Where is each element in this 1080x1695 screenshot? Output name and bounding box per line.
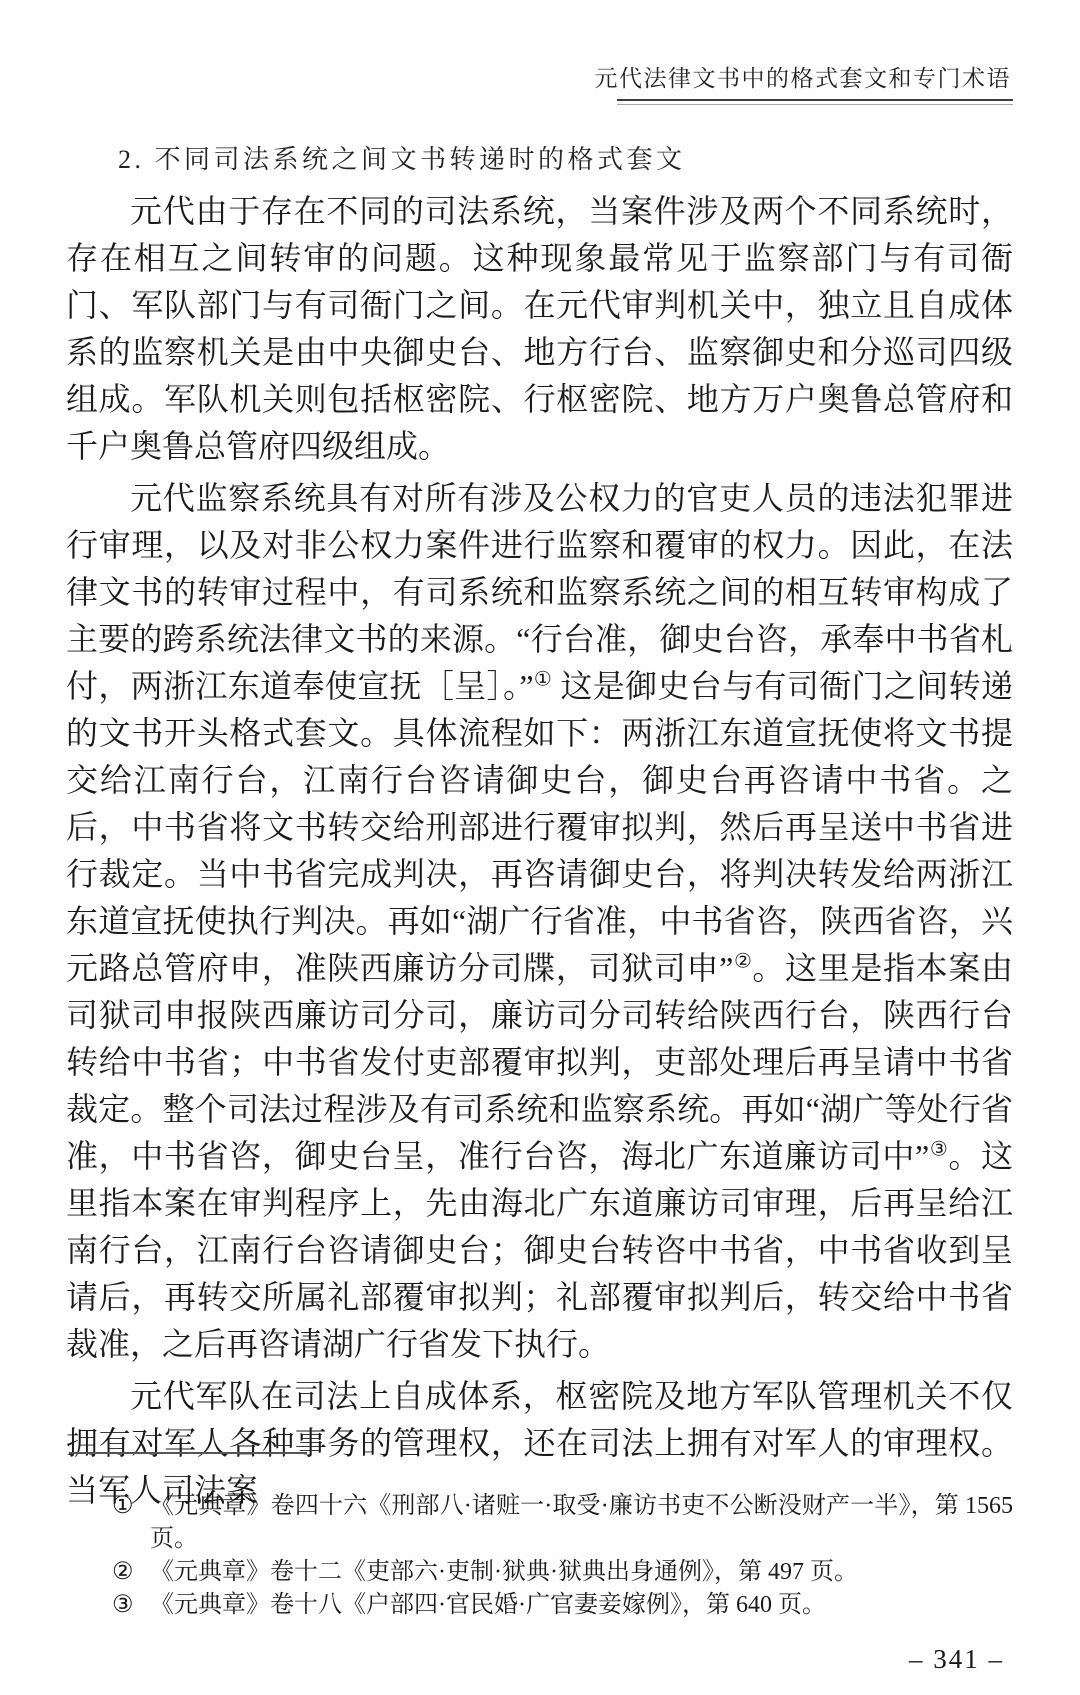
text-run: 这是御史台与有司衙门之间转递的文书开头格式套文。具体流程如下：两浙江东道宣抚使将…	[66, 668, 1013, 986]
footnote-text: 《元典章》卷四十六《刑部八·诸赃一·取受·廉访书吏不公断没财产一半》，第 156…	[150, 1493, 1013, 1552]
text-run: 元代由于存在不同的司法系统，当案件涉及两个不同系统时，存在相互之间转审的问题。这…	[66, 193, 1013, 464]
footnote-marker: ③	[112, 1589, 134, 1622]
footnote-text: 《元典章》卷十二《吏部六·吏制·狱典·狱典出身通例》，第 497 页。	[150, 1559, 858, 1585]
footnote-item: ①《元典章》卷四十六《刑部八·诸赃一·取受·廉访书吏不公断没财产一半》，第 15…	[66, 1490, 1013, 1556]
footnote-marker: ②	[112, 1556, 134, 1589]
footnote-reference: ③	[929, 1138, 948, 1160]
running-header-title: 元代法律文书中的格式套文和专门术语	[593, 60, 1014, 99]
footnote-separator	[69, 1452, 307, 1454]
page-number: – 341 –	[909, 1644, 1004, 1675]
footnote-item: ②《元典章》卷十二《吏部六·吏制·狱典·狱典出身通例》，第 497 页。	[66, 1556, 1013, 1589]
footnote-marker: ①	[112, 1490, 134, 1523]
footnote-item: ③《元典章》卷十八《户部四·官民婚·广官妻妾嫁例》，第 640 页。	[66, 1589, 1013, 1622]
section-heading: 2. 不同司法系统之间文书转递时的格式套文	[118, 139, 1013, 176]
running-header: 元代法律文书中的格式套文和专门术语	[66, 60, 1013, 105]
footnote-list: ①《元典章》卷四十六《刑部八·诸赃一·取受·廉访书吏不公断没财产一半》，第 15…	[66, 1490, 1013, 1622]
book-page: 元代法律文书中的格式套文和专门术语 2. 不同司法系统之间文书转递时的格式套文 …	[0, 0, 1080, 1695]
body-paragraph: 元代监察系统具有对所有涉及公权力的官吏人员的违法犯罪进行审理，以及对非公权力案件…	[66, 475, 1013, 1368]
footnote-reference: ②	[733, 950, 752, 972]
body-paragraph: 元代由于存在不同的司法系统，当案件涉及两个不同系统时，存在相互之间转审的问题。这…	[66, 188, 1013, 470]
footnote-text: 《元典章》卷十八《户部四·官民婚·广官妻妾嫁例》，第 640 页。	[150, 1592, 826, 1618]
footnote-reference: ①	[534, 668, 552, 690]
body-text: 元代由于存在不同的司法系统，当案件涉及两个不同系统时，存在相互之间转审的问题。这…	[66, 188, 1013, 1514]
footnote-area: ①《元典章》卷四十六《刑部八·诸赃一·取受·廉访书吏不公断没财产一半》，第 15…	[66, 1452, 1013, 1622]
running-header-rule	[617, 99, 1013, 105]
